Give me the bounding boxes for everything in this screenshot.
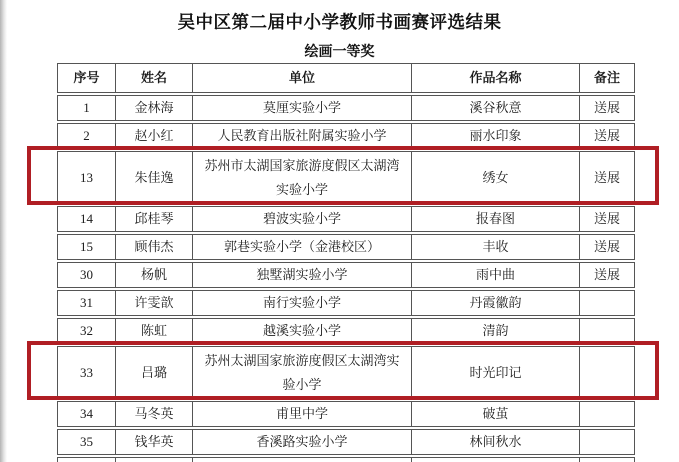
cell-work: 雨中曲 [411,263,579,287]
cell-no: 32 [58,319,115,343]
table-row: 30 杨帆 独墅湖实验小学 雨中曲 送展 [57,262,635,288]
cell-name: 马冬英 [115,402,192,426]
cell-note: 送展 [579,96,634,120]
cell-no: 30 [58,263,115,287]
cell-no: 14 [58,207,115,231]
cell-unit: 甫里中学 [192,402,411,426]
cell-note [579,291,634,315]
cell-unit: 碧波实验小学 [192,207,411,231]
cell-unit: 人民教育出版社附属实验小学 [192,124,411,148]
cell-no: 31 [58,291,115,315]
page-edge-shadow [0,0,7,462]
page-title: 吴中区第二届中小学教师书画赛评选结果 [0,9,679,34]
cell-work: 破茧 [411,402,579,426]
header-cell-no: 序号 [58,64,115,92]
cell-no: 1 [58,96,115,120]
cell-unit: 越溪实验小学 [192,319,411,343]
table-header-row: 序号 姓名 单位 作品名称 备注 [57,63,635,93]
cell-no: 33 [58,347,115,398]
cell-no: 34 [58,402,115,426]
cell-unit: 莫厘实验小学 [192,96,411,120]
cell-work: 丰收 [411,235,579,259]
table-row: 15 顾伟杰 郭巷实验小学（金港校区） 丰收 送展 [57,234,635,260]
cell-no: 15 [58,235,115,259]
cell-work: 时光印记 [411,347,579,398]
cell-work: 报春图 [411,207,579,231]
cell-work: 溪谷秋意 [411,96,579,120]
cell-unit: 香溪路实验小学 [192,430,411,454]
table-row: 1 金林海 莫厘实验小学 溪谷秋意 送展 [57,95,635,121]
cell-note [579,430,634,454]
document-page: 吴中区第二届中小学教师书画赛评选结果 绘画一等奖 序号 姓名 单位 作品名称 备… [0,0,679,462]
cell-name: 邱桂琴 [115,207,192,231]
table-row: 33 吕璐 苏州太湖国家旅游度假区太湖湾实验小学 时光印记 [57,346,635,399]
results-table: 序号 姓名 单位 作品名称 备注 1 金林海 莫厘实验小学 溪谷秋意 送展 2 … [57,63,635,462]
cell-note: 送展 [579,235,634,259]
cell-unit: 独墅湖实验小学 [192,263,411,287]
cell-note: 送展 [579,207,634,231]
cell-name: 朱佳逸 [115,152,192,203]
cell-work: 丹霞徽韵 [411,291,579,315]
cell-name: 许雯歆 [115,291,192,315]
cell-name: 金林海 [115,96,192,120]
table-row: 32 陈虹 越溪实验小学 清韵 [57,318,635,344]
cell-work: 丽水印象 [411,124,579,148]
table-row: 34 马冬英 甫里中学 破茧 [57,401,635,427]
cell-name: 顾伟杰 [115,235,192,259]
cell-work: 绣女 [411,152,579,203]
cell-name: 赵小红 [115,124,192,148]
cell-work: 林间秋水 [411,430,579,454]
cell-name: 吕璐 [115,347,192,398]
table-row: 2 赵小红 人民教育出版社附属实验小学 丽水印象 送展 [57,123,635,149]
cell-unit: 南行实验小学 [192,291,411,315]
section-title: 绘画一等奖 [0,41,679,61]
cell-unit: 苏州市太湖国家旅游度假区太湖湾实验小学 [192,152,411,203]
cell-name: 杨帆 [115,263,192,287]
cell-no: 35 [58,430,115,454]
cell-unit: 苏州太湖国家旅游度假区太湖湾实验小学 [192,347,411,398]
table-row: 14 邱桂琴 碧波实验小学 报春图 送展 [57,206,635,232]
cell-note [579,347,634,398]
table-body: 1 金林海 莫厘实验小学 溪谷秋意 送展 2 赵小红 人民教育出版社附属实验小学… [57,95,635,455]
cell-no: 2 [58,124,115,148]
table-row-partial [57,457,635,462]
header-cell-name: 姓名 [115,64,192,92]
cell-work: 清韵 [411,319,579,343]
cell-note: 送展 [579,263,634,287]
cell-name: 钱华英 [115,430,192,454]
table-row: 31 许雯歆 南行实验小学 丹霞徽韵 [57,290,635,316]
cell-unit: 郭巷实验小学（金港校区） [192,235,411,259]
header-cell-note: 备注 [579,64,634,92]
header-cell-unit: 单位 [192,64,411,92]
table-row: 35 钱华英 香溪路实验小学 林间秋水 [57,429,635,455]
cell-note [579,402,634,426]
header-cell-work: 作品名称 [411,64,579,92]
cell-note: 送展 [579,152,634,203]
cell-note [579,319,634,343]
cell-note: 送展 [579,124,634,148]
table-row: 13 朱佳逸 苏州市太湖国家旅游度假区太湖湾实验小学 绣女 送展 [57,151,635,204]
cell-no: 13 [58,152,115,203]
cell-name: 陈虹 [115,319,192,343]
